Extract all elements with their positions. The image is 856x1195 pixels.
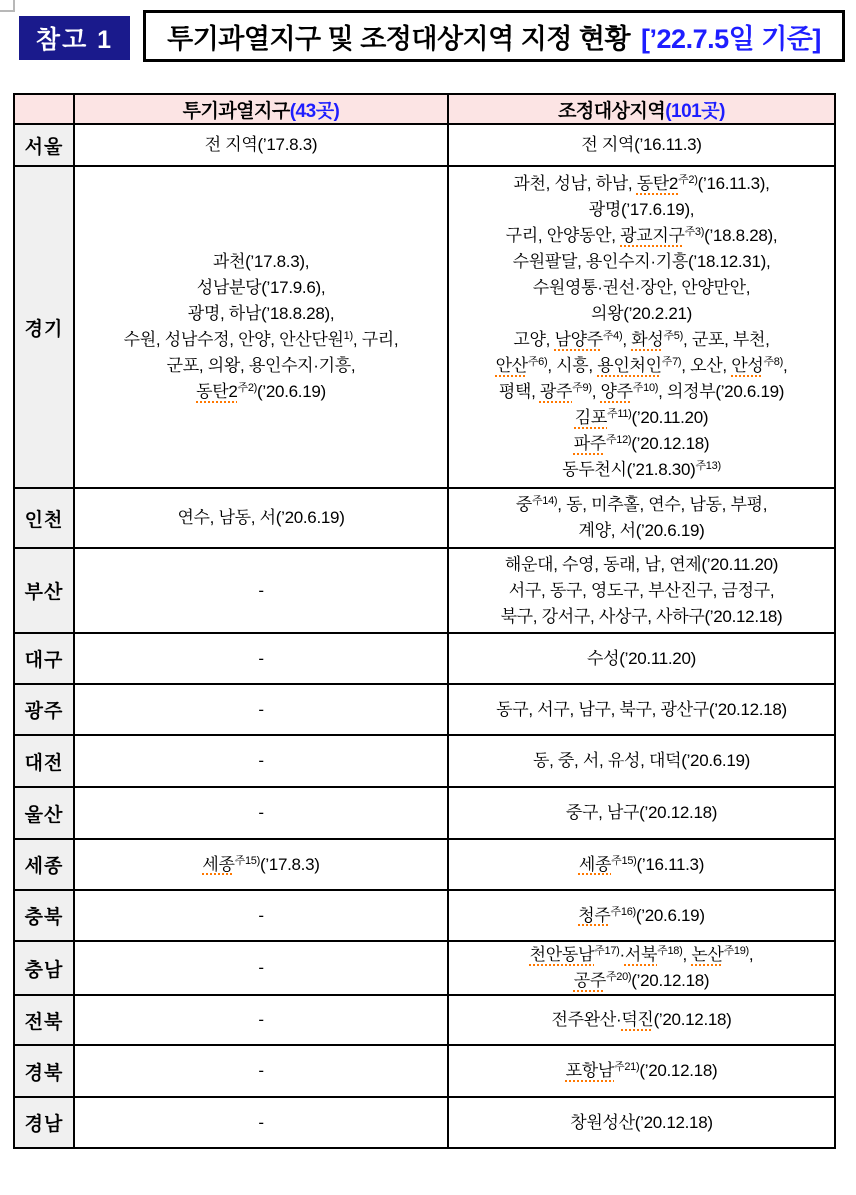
cell-line: 청주주16)(’20.6.19) bbox=[449, 903, 834, 929]
cell-line: 광명(’17.6.19), bbox=[449, 197, 834, 223]
area-text: - bbox=[258, 700, 263, 719]
area-text: 해운대, 수영, 동래, 남, 연제(’20.11.20) bbox=[505, 555, 778, 574]
footnote-marker: 주20) bbox=[606, 971, 631, 983]
title-date: [’22.7.5일 기준] bbox=[641, 17, 821, 56]
adjusted-cell: 세종주15)(’16.11.3) bbox=[448, 839, 835, 890]
area-text: 평택, bbox=[499, 382, 540, 401]
cell-line: - bbox=[75, 955, 447, 981]
adjusted-cell: 동, 중, 서, 유성, 대덕(’20.6.19) bbox=[448, 735, 835, 787]
header-adjusted-label: 조정대상지역 bbox=[558, 101, 665, 122]
area-text: - bbox=[258, 751, 263, 770]
cell-line: - bbox=[75, 1110, 447, 1136]
cell-line: 과천(’17.8.3), bbox=[75, 249, 447, 275]
cell-line: 과천, 성남, 하남, 동탄2주2)(’16.11.3), bbox=[449, 171, 834, 197]
footnote-marker: 주7) bbox=[662, 356, 682, 368]
footnote-marker: 주2) bbox=[678, 174, 698, 186]
area-text: , bbox=[622, 330, 631, 349]
header-adjusted-cell: 조정대상지역(101곳) bbox=[448, 94, 835, 124]
footnote-marker: 주8) bbox=[763, 356, 783, 368]
area-text: 동탄2 bbox=[196, 382, 237, 401]
cell-line: 서구, 동구, 영도구, 부산진구, 금정구, bbox=[449, 578, 834, 604]
area-text: (’16.11.3), bbox=[698, 174, 770, 193]
footnote-marker: 주3) bbox=[685, 226, 705, 238]
area-text: 김포 bbox=[575, 408, 607, 427]
footnote-marker: 주4) bbox=[603, 330, 623, 342]
cell-line: 세종주15)(’17.8.3) bbox=[75, 852, 447, 878]
table-row: 대전-동, 중, 서, 유성, 대덕(’20.6.19) bbox=[14, 735, 835, 787]
overheated-cell: - bbox=[74, 787, 448, 839]
cell-line: 포항남주21)(’20.12.18) bbox=[449, 1058, 834, 1084]
footnote-marker: 주12) bbox=[606, 434, 631, 446]
table-row: 대구-수성(’20.11.20) bbox=[14, 633, 835, 684]
area-text: (’20.12.18) bbox=[631, 971, 709, 990]
footnote-marker: 주14) bbox=[532, 495, 557, 507]
region-cell: 울산 bbox=[14, 787, 74, 839]
overheated-cell: 세종주15)(’17.8.3) bbox=[74, 839, 448, 890]
cell-line: 해운대, 수영, 동래, 남, 연제(’20.11.20) bbox=[449, 552, 834, 578]
area-text: 수원팔달, 용인수지·기흥(’18.12.31), bbox=[513, 252, 771, 271]
area-text: - bbox=[258, 1010, 263, 1029]
cell-line: 계양, 서(’20.6.19) bbox=[449, 518, 834, 544]
footnote-marker: 주10) bbox=[633, 382, 658, 394]
area-text: 동탄2 bbox=[637, 174, 678, 193]
footnote-marker: 주11) bbox=[607, 408, 632, 420]
cell-line: 수성(’20.11.20) bbox=[449, 646, 834, 672]
cell-line: 의왕(’20.2.21) bbox=[449, 301, 834, 327]
cell-line: 수원팔달, 용인수지·기흥(’18.12.31), bbox=[449, 249, 834, 275]
area-text: 고양, bbox=[513, 330, 554, 349]
region-cell: 광주 bbox=[14, 684, 74, 735]
cell-line: 광명, 하남(’18.8.28), bbox=[75, 301, 447, 327]
adjusted-cell: 천안동남주17)·서북주18), 논산주19),공주주20)(’20.12.18… bbox=[448, 941, 835, 995]
area-text: 수원영통·권선·장안, 안양만안, bbox=[533, 278, 750, 297]
cell-line: 전 지역(’17.8.3) bbox=[75, 132, 447, 158]
area-text: , 동, 미추홀, 연수, 남동, 부평, bbox=[557, 495, 767, 514]
area-text: (’20.12.18) bbox=[654, 1010, 732, 1029]
cell-line: 중구, 남구(’20.12.18) bbox=[449, 800, 834, 826]
area-text: 광명, 하남(’18.8.28), bbox=[188, 304, 335, 323]
table-row: 전북-전주완산·덕진(’20.12.18) bbox=[14, 995, 835, 1045]
overheated-cell: - bbox=[74, 735, 448, 787]
area-text: (’20.12.18) bbox=[631, 434, 709, 453]
table-body: 서울전 지역(’17.8.3)전 지역(’16.11.3)경기과천(’17.8.… bbox=[14, 124, 835, 1148]
cell-line: - bbox=[75, 748, 447, 774]
region-cell: 세종 bbox=[14, 839, 74, 890]
area-text: 천안동남 bbox=[530, 945, 595, 964]
overheated-cell: - bbox=[74, 684, 448, 735]
crop-artifact-line-horizontal bbox=[0, 10, 15, 12]
cell-line: 중주14), 동, 미추홀, 연수, 남동, 부평, bbox=[449, 492, 834, 518]
region-cell: 전북 bbox=[14, 995, 74, 1045]
area-text: 세종 bbox=[202, 855, 234, 874]
cell-line: 김포주11)(’20.11.20) bbox=[449, 405, 834, 431]
table-header-row: 투기과열지구(43곳) 조정대상지역(101곳) bbox=[14, 94, 835, 124]
cell-line: 고양, 남양주주4), 화성주5), 군포, 부천, bbox=[449, 327, 834, 353]
adjusted-cell: 청주주16)(’20.6.19) bbox=[448, 890, 835, 941]
area-text: (’20.11.20) bbox=[632, 408, 709, 427]
adjusted-cell: 과천, 성남, 하남, 동탄2주2)(’16.11.3),광명(’17.6.19… bbox=[448, 166, 835, 488]
cell-line: - bbox=[75, 903, 447, 929]
area-text: 과천, 성남, 하남, bbox=[513, 174, 636, 193]
area-text: - bbox=[258, 1061, 263, 1080]
cell-line: - bbox=[75, 578, 447, 604]
overheated-cell: - bbox=[74, 995, 448, 1045]
area-text: - bbox=[258, 581, 263, 600]
area-text: , 시흥, bbox=[547, 356, 597, 375]
table-row: 인천연수, 남동, 서(’20.6.19)중주14), 동, 미추홀, 연수, … bbox=[14, 488, 835, 548]
area-text: 중 bbox=[516, 495, 532, 514]
area-text: (’20.6.19) bbox=[636, 906, 705, 925]
overheated-cell: - bbox=[74, 890, 448, 941]
area-text: 서북 bbox=[625, 945, 657, 964]
page-title: 투기과열지구 및 조정대상지역 지정 현황 bbox=[167, 17, 630, 56]
cell-line: 동탄2주2)(’20.6.19) bbox=[75, 379, 447, 405]
area-text: , bbox=[682, 945, 691, 964]
area-text: 전주완산· bbox=[551, 1010, 621, 1029]
area-text: - bbox=[258, 1113, 263, 1132]
area-text: 안성 bbox=[731, 356, 763, 375]
area-text: 덕진 bbox=[621, 1010, 653, 1029]
header-overheated-cell: 투기과열지구(43곳) bbox=[74, 94, 448, 124]
adjusted-cell: 수성(’20.11.20) bbox=[448, 633, 835, 684]
cell-line: 파주주12)(’20.12.18) bbox=[449, 431, 834, 457]
area-text: 남양주 bbox=[554, 330, 602, 349]
area-text: , 구리, bbox=[353, 330, 399, 349]
area-text: 동두천시(’21.8.30) bbox=[562, 460, 695, 479]
cell-line: 수원영통·권선·장안, 안양만안, bbox=[449, 275, 834, 301]
area-text: , 오산, bbox=[681, 356, 731, 375]
header-overheated-label: 투기과열지구 bbox=[183, 101, 290, 122]
region-cell: 충남 bbox=[14, 941, 74, 995]
area-text: - bbox=[258, 906, 263, 925]
overheated-cell: - bbox=[74, 1045, 448, 1097]
overheated-cell: 과천(’17.8.3),성남분당(’17.9.6),광명, 하남(’18.8.2… bbox=[74, 166, 448, 488]
cell-line: 북구, 강서구, 사상구, 사하구(’20.12.18) bbox=[449, 604, 834, 630]
area-text: 의왕(’20.2.21) bbox=[591, 304, 692, 323]
area-text: 공주 bbox=[574, 971, 606, 990]
table-row: 경기과천(’17.8.3),성남분당(’17.9.6),광명, 하남(’18.8… bbox=[14, 166, 835, 488]
cell-line: - bbox=[75, 1058, 447, 1084]
cell-line: 동두천시(’21.8.30)주13) bbox=[449, 457, 834, 483]
area-text: 용인처인 bbox=[597, 356, 662, 375]
area-text: 동구, 서구, 남구, 북구, 광산구(’20.12.18) bbox=[496, 700, 787, 719]
overheated-cell: - bbox=[74, 941, 448, 995]
cell-line: 세종주15)(’16.11.3) bbox=[449, 852, 834, 878]
area-text: (’18.8.28), bbox=[704, 226, 777, 245]
cell-line: - bbox=[75, 697, 447, 723]
area-text: 광교지구 bbox=[620, 226, 685, 245]
cell-line: - bbox=[75, 800, 447, 826]
designation-status-table: 투기과열지구(43곳) 조정대상지역(101곳) 서울전 지역(’17.8.3)… bbox=[13, 93, 836, 1149]
footnote-marker: 주2) bbox=[238, 382, 258, 394]
overheated-cell: 연수, 남동, 서(’20.6.19) bbox=[74, 488, 448, 548]
table-row: 충남-천안동남주17)·서북주18), 논산주19),공주주20)(’20.12… bbox=[14, 941, 835, 995]
area-text: 파주 bbox=[574, 434, 606, 453]
adjusted-cell: 중주14), 동, 미추홀, 연수, 남동, 부평,계양, 서(’20.6.19… bbox=[448, 488, 835, 548]
overheated-cell: - bbox=[74, 548, 448, 633]
footnote-marker: 주15) bbox=[611, 855, 636, 867]
footnote-marker: 1) bbox=[344, 330, 353, 342]
table-row: 서울전 지역(’17.8.3)전 지역(’16.11.3) bbox=[14, 124, 835, 166]
header-adjusted-count: (101곳) bbox=[665, 101, 725, 122]
footnote-marker: 주13) bbox=[695, 460, 720, 472]
adjusted-cell: 포항남주21)(’20.12.18) bbox=[448, 1045, 835, 1097]
area-text: 성남분당(’17.9.6), bbox=[197, 278, 326, 297]
region-cell: 대구 bbox=[14, 633, 74, 684]
region-cell: 부산 bbox=[14, 548, 74, 633]
area-text: - bbox=[258, 958, 263, 977]
area-text: 포항남 bbox=[566, 1061, 614, 1080]
region-cell: 경기 bbox=[14, 166, 74, 488]
area-text: , bbox=[592, 382, 601, 401]
area-text: 계양, 서(’20.6.19) bbox=[578, 521, 704, 540]
table-row: 경남-창원성산(’20.12.18) bbox=[14, 1097, 835, 1148]
area-text: 광주 bbox=[540, 382, 572, 401]
cell-line: 천안동남주17)·서북주18), 논산주19), bbox=[449, 942, 834, 968]
area-text: 세종 bbox=[579, 855, 611, 874]
area-text: (’20.12.18) bbox=[639, 1061, 717, 1080]
table-row: 충북-청주주16)(’20.6.19) bbox=[14, 890, 835, 941]
area-text: 과천(’17.8.3), bbox=[213, 252, 309, 271]
table-row: 울산-중구, 남구(’20.12.18) bbox=[14, 787, 835, 839]
cell-line: 연수, 남동, 서(’20.6.19) bbox=[75, 505, 447, 531]
cell-line: - bbox=[75, 1007, 447, 1033]
area-text: 광명(’17.6.19), bbox=[589, 200, 695, 219]
region-cell: 경남 bbox=[14, 1097, 74, 1148]
region-cell: 인천 bbox=[14, 488, 74, 548]
footnote-marker: 주9) bbox=[572, 382, 592, 394]
table-row: 세종세종주15)(’17.8.3)세종주15)(’16.11.3) bbox=[14, 839, 835, 890]
footnote-marker: 주18) bbox=[657, 945, 682, 957]
table-row: 광주-동구, 서구, 남구, 북구, 광산구(’20.12.18) bbox=[14, 684, 835, 735]
area-text: 동, 중, 서, 유성, 대덕(’20.6.19) bbox=[533, 751, 750, 770]
area-text: - bbox=[258, 803, 263, 822]
adjusted-cell: 전 지역(’16.11.3) bbox=[448, 124, 835, 166]
footnote-marker: 주17) bbox=[594, 945, 619, 957]
area-text: - bbox=[258, 649, 263, 668]
area-text: 안산 bbox=[496, 356, 528, 375]
area-text: (’20.6.19) bbox=[257, 382, 326, 401]
cell-line: 전 지역(’16.11.3) bbox=[449, 132, 834, 158]
footnote-marker: 주16) bbox=[611, 906, 636, 918]
region-cell: 대전 bbox=[14, 735, 74, 787]
region-cell: 충북 bbox=[14, 890, 74, 941]
cell-line: 구리, 안양동안, 광교지구주3)(’18.8.28), bbox=[449, 223, 834, 249]
area-text: , bbox=[783, 356, 787, 375]
area-text: 군포, 의왕, 용인수지·기흥, bbox=[167, 356, 356, 375]
cell-line: 동, 중, 서, 유성, 대덕(’20.6.19) bbox=[449, 748, 834, 774]
area-text: 북구, 강서구, 사상구, 사하구(’20.12.18) bbox=[501, 607, 783, 626]
overheated-cell: 전 지역(’17.8.3) bbox=[74, 124, 448, 166]
area-text: 논산 bbox=[691, 945, 723, 964]
area-text: 연수, 남동, 서(’20.6.19) bbox=[177, 508, 344, 527]
footnote-marker: 주6) bbox=[528, 356, 548, 368]
area-text: , bbox=[749, 945, 753, 964]
cell-line: 전주완산·덕진(’20.12.18) bbox=[449, 1007, 834, 1033]
adjusted-cell: 해운대, 수영, 동래, 남, 연제(’20.11.20)서구, 동구, 영도구… bbox=[448, 548, 835, 633]
area-text: (’17.8.3) bbox=[260, 855, 320, 874]
cell-line: 창원성산(’20.12.18) bbox=[449, 1110, 834, 1136]
area-text: 전 지역(’16.11.3) bbox=[581, 135, 701, 154]
adjusted-cell: 중구, 남구(’20.12.18) bbox=[448, 787, 835, 839]
region-cell: 서울 bbox=[14, 124, 74, 166]
overheated-cell: - bbox=[74, 633, 448, 684]
cell-line: 군포, 의왕, 용인수지·기흥, bbox=[75, 353, 447, 379]
cell-line: - bbox=[75, 646, 447, 672]
cell-line: 동구, 서구, 남구, 북구, 광산구(’20.12.18) bbox=[449, 697, 834, 723]
footnote-marker: 주19) bbox=[724, 945, 749, 957]
cell-line: 수원, 성남수정, 안양, 안산단원1), 구리, bbox=[75, 327, 447, 353]
area-text: 수원, 성남수정, 안양, 안산단원 bbox=[124, 330, 344, 349]
area-text: 중구, 남구(’20.12.18) bbox=[566, 803, 717, 822]
area-text: 전 지역(’17.8.3) bbox=[205, 135, 317, 154]
adjusted-cell: 동구, 서구, 남구, 북구, 광산구(’20.12.18) bbox=[448, 684, 835, 735]
region-cell: 경북 bbox=[14, 1045, 74, 1097]
document-page: 참고 1 투기과열지구 및 조정대상지역 지정 현황 [’22.7.5일 기준]… bbox=[0, 0, 856, 1195]
area-text: 서구, 동구, 영도구, 부산진구, 금정구, bbox=[509, 581, 775, 600]
title-box: 투기과열지구 및 조정대상지역 지정 현황 [’22.7.5일 기준] bbox=[143, 10, 845, 62]
area-text: 화성 bbox=[631, 330, 663, 349]
area-text: , 의정부(’20.6.19) bbox=[658, 382, 784, 401]
cell-line: 성남분당(’17.9.6), bbox=[75, 275, 447, 301]
area-text: 청주 bbox=[578, 906, 610, 925]
reference-badge: 참고 1 bbox=[19, 16, 130, 60]
footnote-marker: 주15) bbox=[235, 855, 260, 867]
adjusted-cell: 창원성산(’20.12.18) bbox=[448, 1097, 835, 1148]
footnote-marker: 주5) bbox=[663, 330, 683, 342]
table-row: 경북-포항남주21)(’20.12.18) bbox=[14, 1045, 835, 1097]
cell-line: 안산주6), 시흥, 용인처인주7), 오산, 안성주8), bbox=[449, 353, 834, 379]
table-row: 부산-해운대, 수영, 동래, 남, 연제(’20.11.20)서구, 동구, … bbox=[14, 548, 835, 633]
area-text: 수성(’20.11.20) bbox=[587, 649, 696, 668]
header-overheated-count: (43곳) bbox=[290, 101, 340, 122]
area-text: 창원성산(’20.12.18) bbox=[570, 1113, 712, 1132]
header-region-cell bbox=[14, 94, 74, 124]
area-text: 양주 bbox=[601, 382, 633, 401]
cell-line: 평택, 광주주9), 양주주10), 의정부(’20.6.19) bbox=[449, 379, 834, 405]
overheated-cell: - bbox=[74, 1097, 448, 1148]
area-text: , 군포, 부천, bbox=[683, 330, 770, 349]
cell-line: 공주주20)(’20.12.18) bbox=[449, 968, 834, 994]
footnote-marker: 주21) bbox=[614, 1061, 639, 1073]
area-text: (’16.11.3) bbox=[637, 855, 705, 874]
adjusted-cell: 전주완산·덕진(’20.12.18) bbox=[448, 995, 835, 1045]
area-text: 구리, 안양동안, bbox=[506, 226, 620, 245]
